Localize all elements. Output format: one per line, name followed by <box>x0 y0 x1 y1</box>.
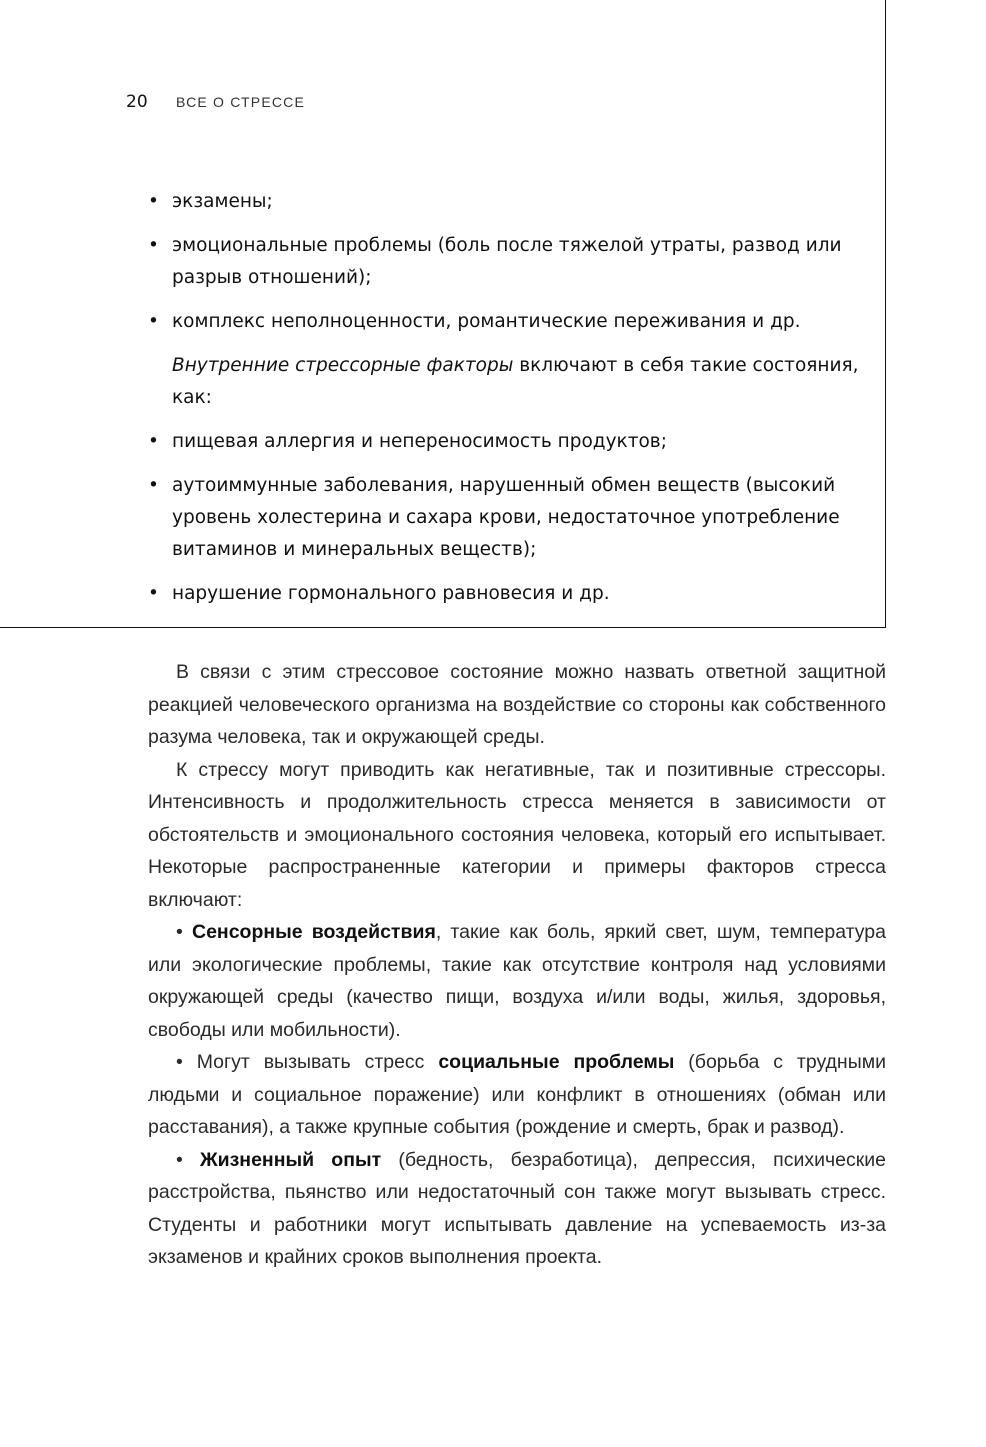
bullet-icon: • <box>176 921 192 943</box>
bullet-icon: • <box>148 186 159 218</box>
bullet-icon: • <box>148 230 159 262</box>
list-item: • нарушение гормонального равновесия и д… <box>148 578 860 610</box>
bullet-icon: • <box>176 1051 197 1073</box>
paragraph-lead: Могут вызывать стресс <box>197 1051 439 1073</box>
paragraph: • Сенсорные воздействия, такие как боль,… <box>148 916 886 1046</box>
bold-term: социальные проблемы <box>438 1051 674 1073</box>
bullet-icon: • <box>148 306 159 338</box>
page-number: 20 <box>126 92 176 112</box>
bold-term: Сенсорные воздействия <box>192 921 436 943</box>
body-text: В связи с этим стрессовое состояние можн… <box>148 656 886 1274</box>
list-item-text: комплекс неполноценности, романтические … <box>172 311 801 332</box>
bullet-icon: • <box>148 578 159 610</box>
chapter-title: ВСЕ О СТРЕССЕ <box>176 94 305 110</box>
list-item-text: экзамены; <box>172 191 273 212</box>
bullet-icon: • <box>148 470 159 502</box>
paragraph: В связи с этим стрессовое состояние можн… <box>148 656 886 754</box>
box-content: • экзамены; • эмоциональные проблемы (бо… <box>148 186 860 622</box>
paragraph: • Могут вызывать стресс социальные пробл… <box>148 1046 886 1144</box>
list-item-text: аутоиммунные заболевания, нарушенный обм… <box>172 475 840 560</box>
bold-term: Жизненный опыт <box>200 1149 381 1171</box>
internal-factors-intro: Внутренние стрессорные факторы включают … <box>148 350 860 414</box>
bullet-icon: • <box>176 1149 200 1171</box>
list-item-text: нарушение гормонального равновесия и др. <box>172 583 610 604</box>
list-item: • пищевая аллергия и непереносимость про… <box>148 426 860 458</box>
internal-factors-term: Внутренние стрессорные факторы <box>172 355 513 376</box>
list-item-text: эмоциональные проблемы (боль после тяжел… <box>172 235 842 288</box>
list-item: • эмоциональные проблемы (боль после тяж… <box>148 230 860 294</box>
list-item: • экзамены; <box>148 186 860 218</box>
running-head: 20 ВСЕ О СТРЕССЕ <box>126 92 305 112</box>
paragraph: • Жизненный опыт (бедность, безработица)… <box>148 1144 886 1274</box>
list-item-text: пищевая аллергия и непереносимость проду… <box>172 431 667 452</box>
paragraph: К стрессу могут приводить как негативные… <box>148 754 886 917</box>
bullet-icon: • <box>148 426 159 458</box>
list-item: • комплекс неполноценности, романтически… <box>148 306 860 338</box>
list-item: • аутоиммунные заболевания, нарушенный о… <box>148 470 860 566</box>
